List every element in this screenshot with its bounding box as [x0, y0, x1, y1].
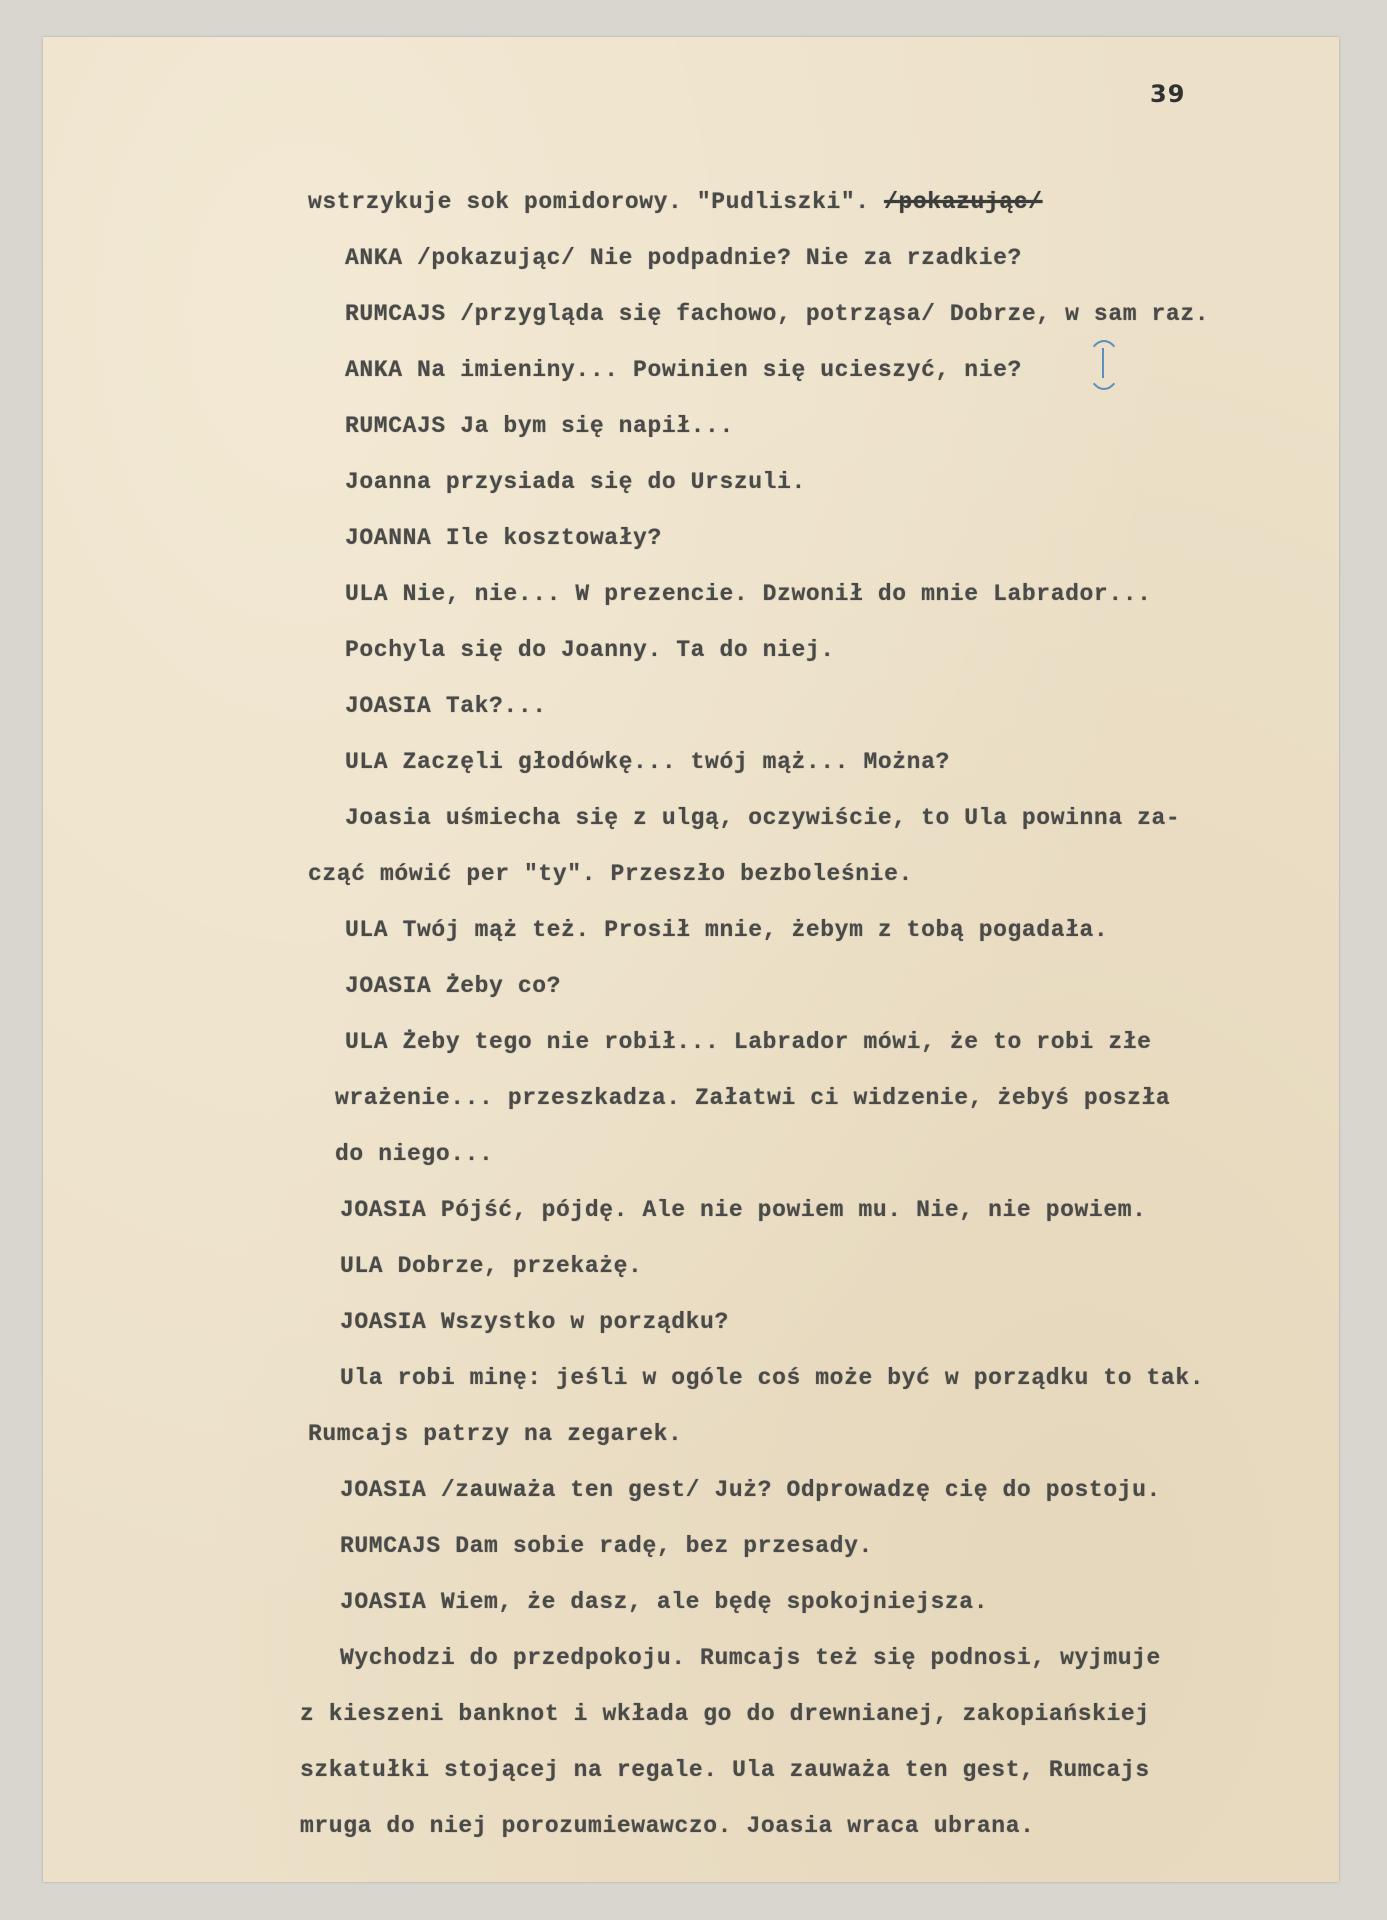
- script-line: Wychodzi do przedpokoju. Rumcajs też się…: [340, 1644, 1161, 1672]
- script-line: JOASIA Pójść, pójdę. Ale nie powiem mu. …: [340, 1196, 1147, 1224]
- page-number: 39: [1150, 80, 1185, 108]
- handwritten-correction-mark: [1087, 340, 1121, 390]
- script-line: z kieszeni banknot i wkłada go do drewni…: [300, 1700, 1150, 1728]
- script-line: RUMCAJS /przygląda się fachowo, potrząsa…: [345, 300, 1209, 328]
- script-line: cząć mówić per "ty". Przeszło bezboleśni…: [308, 860, 913, 888]
- script-line: ULA Zaczęli głodówkę... twój mąż... Możn…: [345, 748, 950, 776]
- script-line: mruga do niej porozumiewawczo. Joasia wr…: [300, 1812, 1035, 1840]
- script-line: Joanna przysiada się do Urszuli.: [345, 468, 806, 496]
- script-line: JOASIA Tak?...: [345, 692, 547, 720]
- script-line: ANKA /pokazując/ Nie podpadnie? Nie za r…: [345, 244, 1022, 272]
- script-line: ULA Nie, nie... W prezencie. Dzwonił do …: [345, 580, 1152, 608]
- script-line: szkatułki stojącej na regale. Ula zauważ…: [300, 1756, 1150, 1784]
- script-line: ULA Żeby tego nie robił... Labrador mówi…: [345, 1028, 1152, 1056]
- script-line: JOANNA Ile kosztowały?: [345, 524, 662, 552]
- script-line: ULA Twój mąż też. Prosił mnie, żebym z t…: [345, 916, 1108, 944]
- script-line: RUMCAJS Dam sobie radę, bez przesady.: [340, 1532, 873, 1560]
- script-line: RUMCAJS Ja bym się napił...: [345, 412, 734, 440]
- script-line: wstrzykuje sok pomidorowy. "Pudliszki". …: [308, 188, 1043, 216]
- script-line: ANKA Na imieniny... Powinien się ucieszy…: [345, 356, 1022, 384]
- script-line: wrażenie... przeszkadza. Załatwi ci widz…: [335, 1084, 1170, 1112]
- script-line: Rumcajs patrzy na zegarek.: [308, 1420, 682, 1448]
- script-line: Ula robi minę: jeśli w ogóle coś może by…: [340, 1364, 1204, 1392]
- script-line: JOASIA Żeby co?: [345, 972, 561, 1000]
- script-line: JOASIA Wiem, że dasz, ale będę spokojnie…: [340, 1588, 988, 1616]
- script-line: Pochyla się do Joanny. Ta do niej.: [345, 636, 835, 664]
- struck-out-text: /pokazując/: [884, 189, 1042, 215]
- script-line: JOASIA /zauważa ten gest/ Już? Odprowadz…: [340, 1476, 1161, 1504]
- script-line: do niego...: [335, 1140, 493, 1168]
- script-line: JOASIA Wszystko w porządku?: [340, 1308, 729, 1336]
- script-line: ULA Dobrze, przekażę.: [340, 1252, 642, 1280]
- script-line: Joasia uśmiecha się z ulgą, oczywiście, …: [345, 804, 1180, 832]
